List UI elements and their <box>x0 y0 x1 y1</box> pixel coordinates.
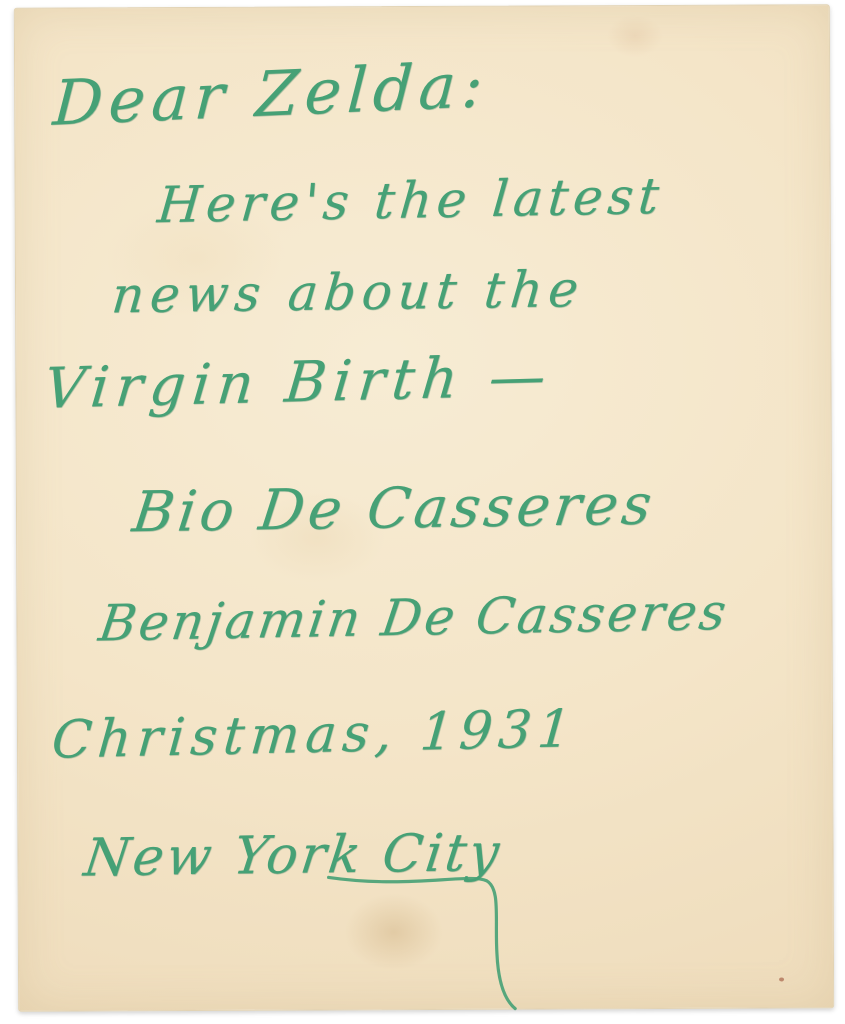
date-line: Christmas, 1931 <box>50 699 580 771</box>
body-line-3: Virgin Birth — <box>41 344 555 422</box>
signature-line-benjamin-de-casseres: Benjamin De Casseres <box>95 583 732 653</box>
letter-photograph: Dear Zelda: Here's the latest news about… <box>0 0 845 1024</box>
place-line: New York City <box>81 823 506 889</box>
foxing-speck <box>779 977 784 981</box>
signature-line-bio-de-casseres: Bio De Casseres <box>129 472 659 545</box>
aged-paper-sheet: Dear Zelda: Here's the latest news about… <box>14 4 834 1012</box>
body-line-2: news about the <box>109 260 586 324</box>
body-line-1: Here's the latest <box>155 167 666 234</box>
salutation-line: Dear Zelda: <box>51 48 491 140</box>
